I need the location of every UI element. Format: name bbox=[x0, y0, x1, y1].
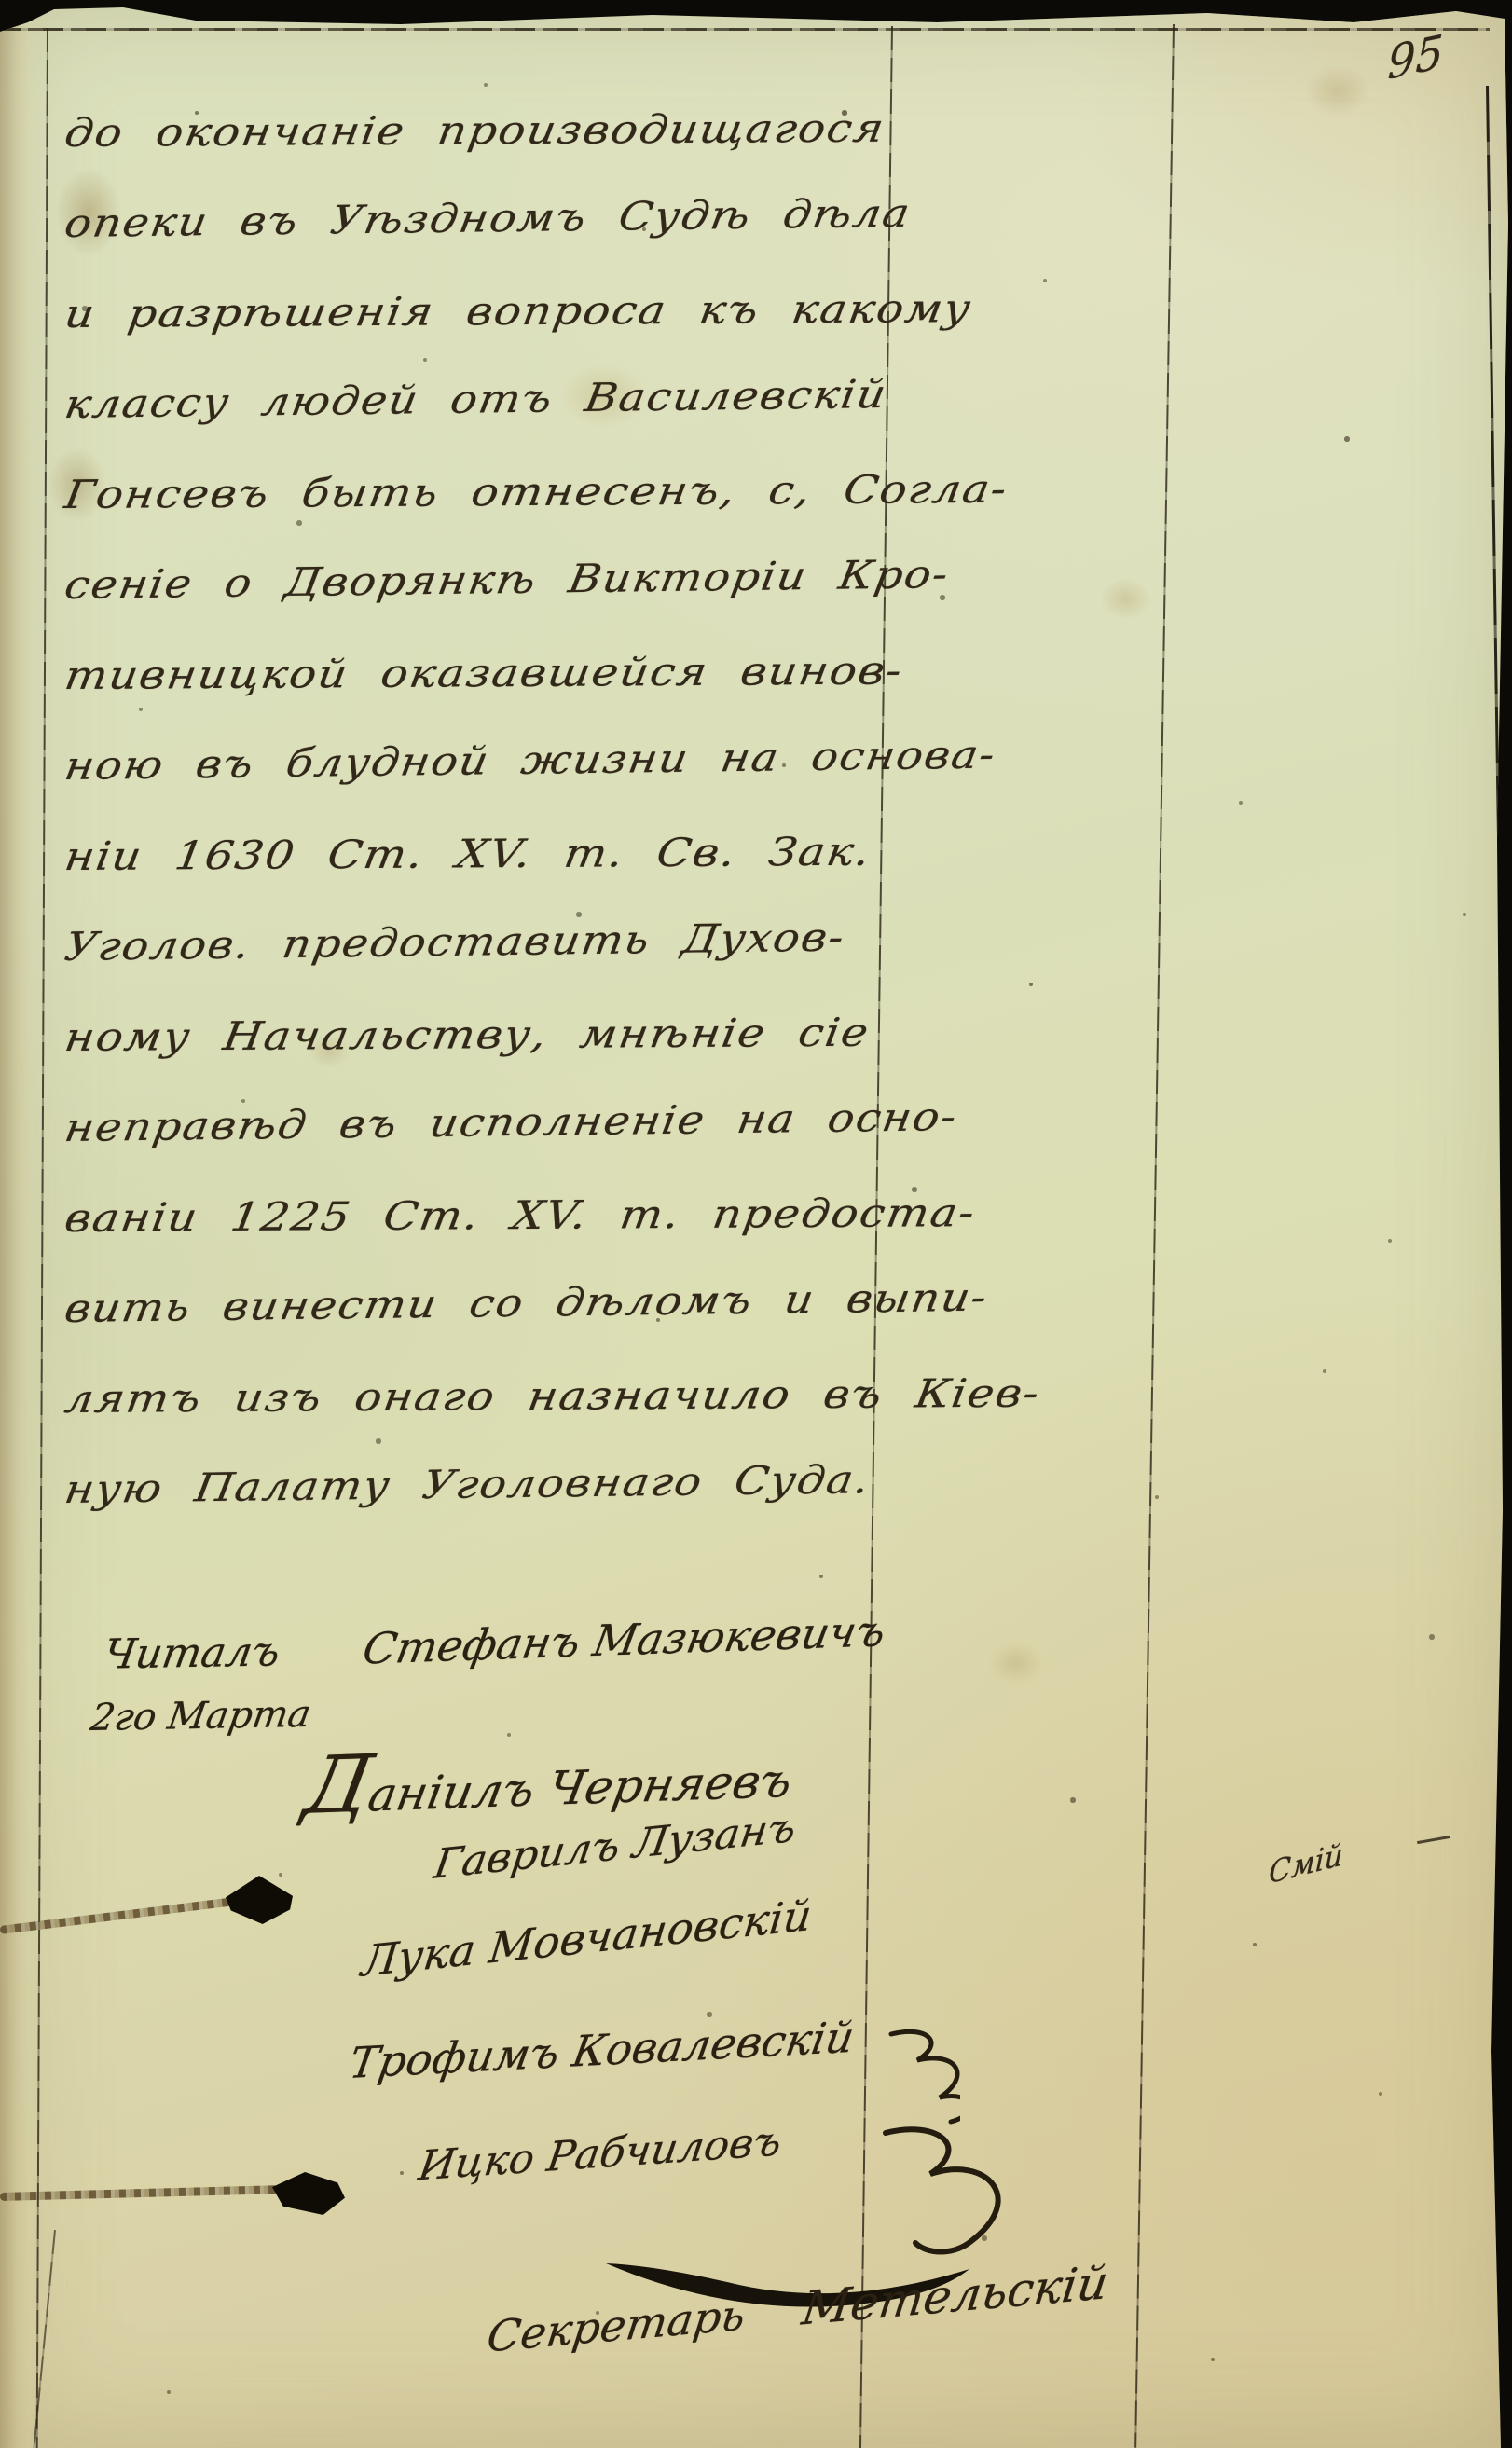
right-edge-rule bbox=[1486, 86, 1512, 2448]
manuscript-line: и разрѣшенiя вопроса къ какому bbox=[62, 285, 975, 337]
signature-mazyukevich: Стефанъ Мазюкевичъ bbox=[359, 1605, 889, 1673]
paper-specks bbox=[0, 0, 2, 2]
manuscript-line: тивницкой оказавшейся винов- bbox=[62, 648, 906, 698]
signature-movchanovsky: Лука Мовчановскiй bbox=[359, 1890, 814, 1986]
paper-stain bbox=[1305, 65, 1370, 117]
manuscript-line: ванiи 1225 Ст. XV. т. предоста- bbox=[62, 1190, 979, 1241]
manuscript-line: до окончанiе производищагося bbox=[62, 105, 888, 156]
manuscript-line: классу людей отъ Василевскiй bbox=[62, 371, 890, 427]
scan-canvas: 95 до окончанiе производищагося опеки въ… bbox=[0, 0, 1512, 2448]
binding-hole-blot bbox=[272, 2172, 345, 2215]
manuscript-line: нiи 1630 Ст. XV. т. Св. Зак. bbox=[62, 829, 874, 879]
paper-stain bbox=[988, 1641, 1044, 1685]
margin-note: Смій bbox=[1269, 1836, 1344, 1891]
signature-flourish-small bbox=[876, 2023, 960, 2125]
manuscript-line: ному Начальству, мнѣнiе сiе bbox=[62, 1010, 873, 1060]
page-number: 95 bbox=[1387, 25, 1445, 90]
manuscript-line: лятъ изъ онаго назначило въ Кiев- bbox=[62, 1370, 1043, 1422]
margin-note-dash bbox=[1417, 1836, 1450, 1844]
manuscript-line: опеки въ Уѣздномъ Судѣ дѣла bbox=[62, 190, 914, 246]
manuscript-line: вить винести со дѣломъ и выпи- bbox=[62, 1274, 992, 1331]
read-label: Читалъ bbox=[101, 1628, 283, 1678]
manuscript-line: сенiе о Дворянкѣ Викторiи Кро- bbox=[62, 551, 953, 608]
manuscript-line: Уголов. предоставить Духов- bbox=[62, 915, 848, 970]
paper-stain bbox=[1100, 578, 1151, 620]
date-note: 2го Марта bbox=[88, 1693, 314, 1740]
manuscript-line: Гонсевъ быть отнесенъ, с, Согла- bbox=[62, 466, 1011, 517]
binding-hole-blot bbox=[226, 1876, 293, 1924]
book-fore-edge bbox=[0, 19, 39, 2448]
manuscript-line: ною въ блудной жизни на основа- bbox=[62, 732, 999, 789]
top-rule-line bbox=[0, 28, 1490, 31]
binding-thread bbox=[0, 2185, 284, 2201]
secretary-title: Секретарь bbox=[485, 2290, 749, 2362]
column-rule-2 bbox=[1134, 24, 1175, 2448]
manuscript-page: 95 до окончанiе производищагося опеки въ… bbox=[0, 0, 1512, 2448]
manuscript-line: ную Палату Уголовнаго Суда. bbox=[62, 1456, 873, 1512]
signature-kovalevsky: Трофимъ Ковалевскiй bbox=[346, 2012, 858, 2088]
manuscript-line: неправѣд въ исполненiе на осно- bbox=[62, 1093, 961, 1150]
